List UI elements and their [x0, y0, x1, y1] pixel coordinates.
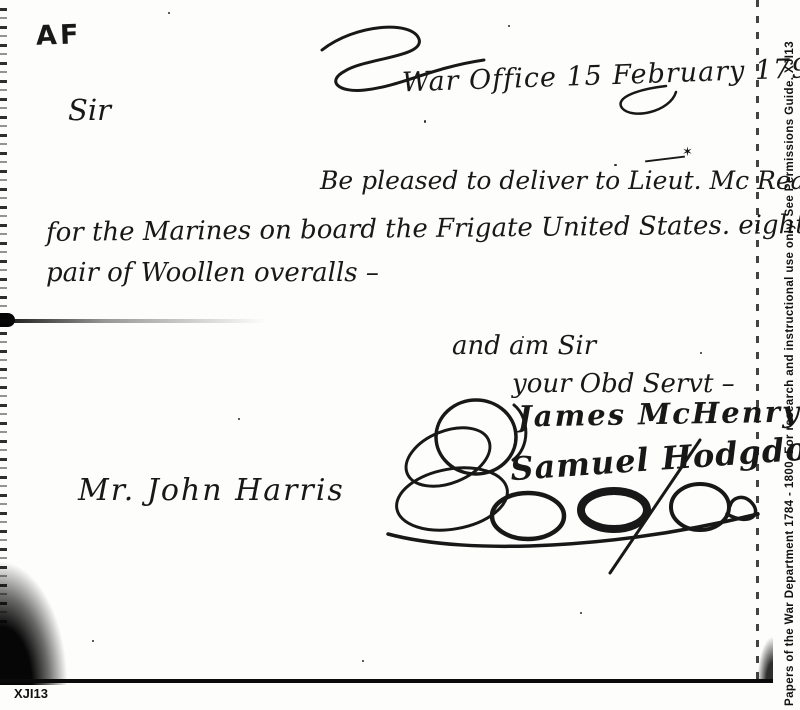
page-bottom-edge-line — [0, 679, 773, 683]
scan-corner-right-artifact — [757, 628, 773, 682]
scan-noise-dot — [424, 120, 426, 123]
body-line-1: Be pleased to deliver to Lieut. Mc Rea — [320, 168, 800, 193]
mchenry-flourish-circle — [436, 400, 516, 474]
hodgdon-under-loop-3 — [671, 484, 729, 530]
scan-noise-dot — [508, 25, 510, 27]
scan-noise-dot — [92, 640, 94, 642]
scan-noise-dot — [362, 660, 364, 662]
insertion-caret-line — [645, 156, 685, 163]
dateline: War Office 15 February 1798 — [402, 55, 800, 97]
hodgdon-left-loop-2 — [392, 460, 513, 539]
scan-noise-dot — [580, 612, 582, 614]
body-line-2: for the Marines on board the Frigate Uni… — [46, 212, 800, 246]
pen-flourishes — [0, 0, 800, 710]
salutation: Sir — [68, 96, 111, 125]
hodgdon-under-loop-2 — [581, 491, 647, 529]
closing-line-2: your Obd Servt – — [512, 371, 735, 397]
scan-noise-dot — [700, 352, 702, 354]
body-line-3: pair of Woollen overalls – — [46, 260, 379, 286]
hodgdon-left-loop-1 — [397, 416, 498, 497]
hodgdon-end-curl — [727, 497, 756, 519]
footer-document-code: XJI13 — [14, 686, 48, 701]
insertion-mark: ✶ — [682, 146, 693, 159]
sidebar-rights-text: Papers of the War Department 1784 - 1800… — [784, 0, 796, 710]
paper-fold-crease — [0, 319, 265, 323]
scan-noise-dot — [168, 12, 170, 14]
scan-corner-shadow — [0, 558, 78, 685]
closing-line-1: and am Sir — [452, 333, 596, 359]
archivist-annotation: AF — [36, 21, 82, 50]
scan-edge-right-artifact — [756, 0, 759, 686]
addressee: Mr. John Harris — [78, 476, 345, 506]
signature-james-mchenry: James McHenry — [518, 398, 800, 432]
hodgdon-underline-sweep — [388, 514, 758, 546]
scanned-letter-page: AF War Office 15 February 1798 Sir ✶ Be … — [0, 0, 800, 710]
hodgdon-under-loop-1 — [492, 493, 564, 539]
scan-noise-dot — [238, 418, 240, 420]
